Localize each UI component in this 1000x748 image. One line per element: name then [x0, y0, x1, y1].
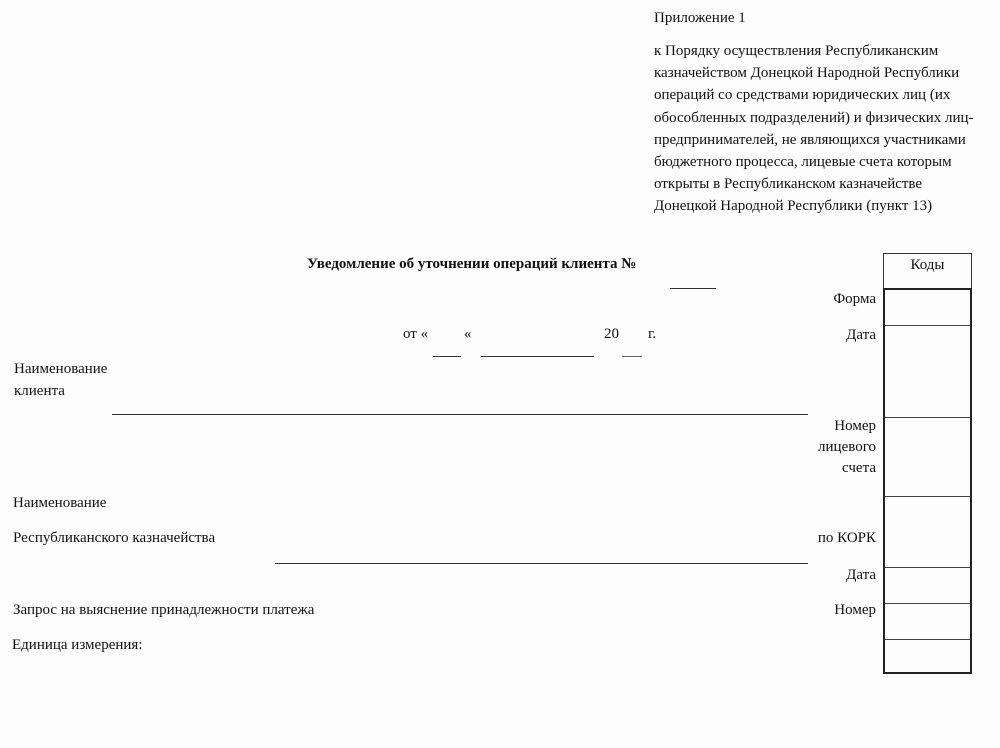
- codes-cell-date[interactable]: [885, 326, 970, 417]
- date-prefix: от «: [403, 326, 428, 343]
- codes-label-kork: по КОРК: [818, 530, 876, 547]
- codes-label-form: Форма: [833, 291, 876, 308]
- appendix-line: операций со средствами юридических лиц (…: [654, 84, 999, 106]
- codes-table: [883, 288, 972, 674]
- appendix-line: к Порядку осуществления Республиканским: [654, 40, 999, 62]
- treasury-label-line1: Наименование: [13, 495, 106, 512]
- payment-request-label: Запрос на выяснение принадлежности плате…: [13, 602, 314, 619]
- appendix-line: бюджетного процесса, лицевые счета котор…: [654, 151, 999, 173]
- codes-cell-request-number[interactable]: [885, 604, 970, 639]
- codes-label-account-line2: лицевого: [818, 439, 876, 456]
- treasury-label-line2: Республиканского казначейства: [13, 530, 215, 547]
- date-quote: «: [464, 326, 472, 343]
- unit-of-measure-label: Единица измерения:: [12, 637, 142, 654]
- codes-label-request-number: Номер: [834, 602, 876, 619]
- document-title: Уведомление об уточнении операций клиент…: [307, 256, 636, 273]
- codes-cell-unit[interactable]: [885, 640, 970, 672]
- codes-label-account-line1: Номер: [834, 418, 876, 435]
- appendix-line: Донецкой Народной Республики (пункт 13): [654, 195, 999, 217]
- date-year-prefix: 20: [604, 326, 619, 343]
- date-day-field[interactable]: [433, 340, 461, 357]
- client-name-label-line2: клиента: [14, 383, 65, 400]
- appendix-title: Приложение 1: [654, 10, 746, 27]
- date-year-suffix: г.: [648, 326, 656, 343]
- codes-cell-form[interactable]: [885, 290, 970, 325]
- codes-header: Коды: [883, 253, 972, 289]
- codes-label-request-date: Дата: [846, 567, 876, 584]
- codes-cell-kork[interactable]: [885, 497, 970, 567]
- codes-cell-account[interactable]: [885, 418, 970, 496]
- appendix-reference: к Порядку осуществления Республиканским …: [654, 40, 999, 218]
- client-name-label-line1: Наименование: [14, 361, 107, 378]
- treasury-name-field[interactable]: [275, 547, 808, 564]
- date-month-field[interactable]: [481, 340, 594, 357]
- notice-number-field[interactable]: [670, 272, 716, 289]
- client-name-field[interactable]: [112, 398, 808, 415]
- date-year-field[interactable]: [622, 340, 642, 357]
- codes-cell-request-date[interactable]: [885, 568, 970, 603]
- codes-label-account-line3: счета: [842, 460, 876, 477]
- codes-label-date: Дата: [846, 327, 876, 344]
- appendix-line: предпринимателей, не являющихся участник…: [654, 129, 999, 151]
- appendix-line: открыты в Республиканском казначействе: [654, 173, 999, 195]
- appendix-line: обособленных подразделений) и физических…: [654, 107, 999, 129]
- appendix-line: казначейством Донецкой Народной Республи…: [654, 62, 999, 84]
- codes-header-label: Коды: [910, 257, 944, 273]
